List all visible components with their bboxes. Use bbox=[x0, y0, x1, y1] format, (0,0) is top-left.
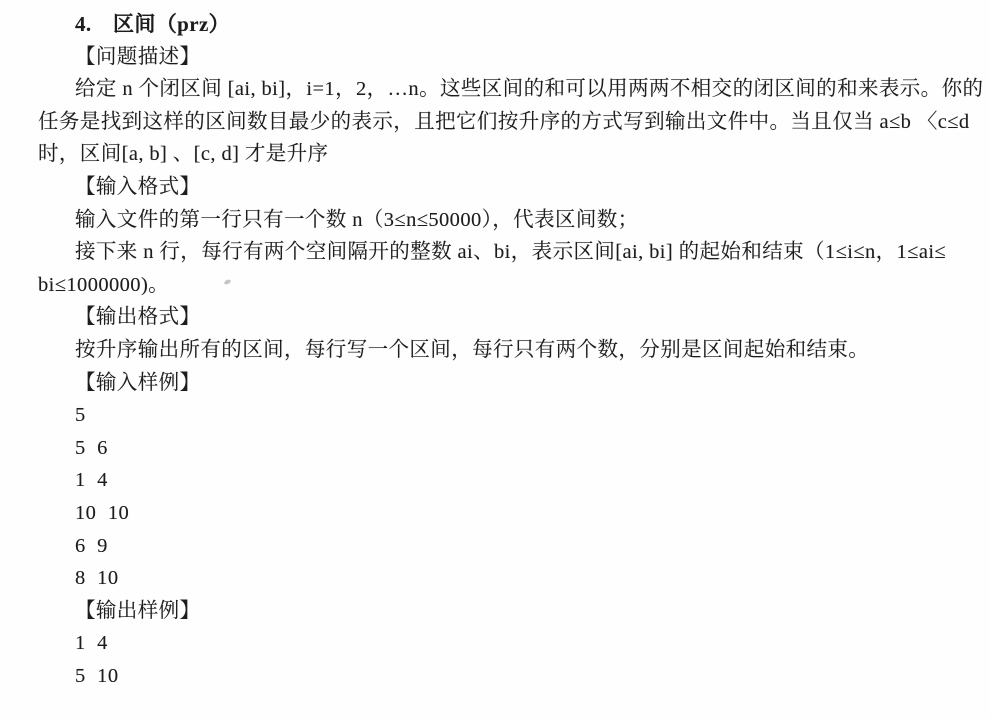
section-header-problem-description: 【问题描述】 bbox=[38, 41, 970, 74]
problem-description-line: 时，区间[a, b] 、[c, d] 才是升序 bbox=[38, 138, 970, 171]
input-sample-line: 8 10 bbox=[38, 562, 970, 595]
problem-description-line: 任务是找到这样的区间数目最少的表示，且把它们按升序的方式写到输出文件中。当且仅当… bbox=[38, 106, 970, 139]
input-sample-line: 5 6 bbox=[38, 432, 970, 465]
input-format-line: 接下来 n 行，每行有两个空间隔开的整数 ai、bi，表示区间[ai, bi] … bbox=[38, 236, 970, 269]
input-sample-line: 5 bbox=[38, 399, 970, 432]
problem-description-line: 给定 n 个闭区间 [ai, bi]，i=1，2，…n。这些区间的和可以用两两不… bbox=[38, 73, 970, 106]
problem-title: 4. 区间（prz） bbox=[38, 8, 970, 41]
output-sample-line: 5 10 bbox=[38, 660, 970, 693]
input-sample-line: 10 10 bbox=[38, 497, 970, 530]
section-header-output-format: 【输出格式】 bbox=[38, 301, 970, 334]
output-format-line: 按升序输出所有的区间，每行写一个区间，每行只有两个数，分别是区间起始和结束。 bbox=[38, 334, 970, 367]
input-format-line: bi≤1000000)。 bbox=[38, 269, 970, 302]
input-sample-line: 6 9 bbox=[38, 530, 970, 563]
input-sample-line: 1 4 bbox=[38, 464, 970, 497]
output-sample-line: 1 4 bbox=[38, 627, 970, 660]
section-header-output-sample: 【输出样例】 bbox=[38, 595, 970, 628]
section-header-input-format: 【输入格式】 bbox=[38, 171, 970, 204]
section-header-input-sample: 【输入样例】 bbox=[38, 367, 970, 400]
document-content: 4. 区间（prz） 【问题描述】 给定 n 个闭区间 [ai, bi]，i=1… bbox=[38, 8, 970, 692]
input-format-line: 输入文件的第一行只有一个数 n（3≤n≤50000），代表区间数； bbox=[38, 204, 970, 237]
document-page: 4. 区间（prz） 【问题描述】 给定 n 个闭区间 [ai, bi]，i=1… bbox=[0, 0, 990, 719]
